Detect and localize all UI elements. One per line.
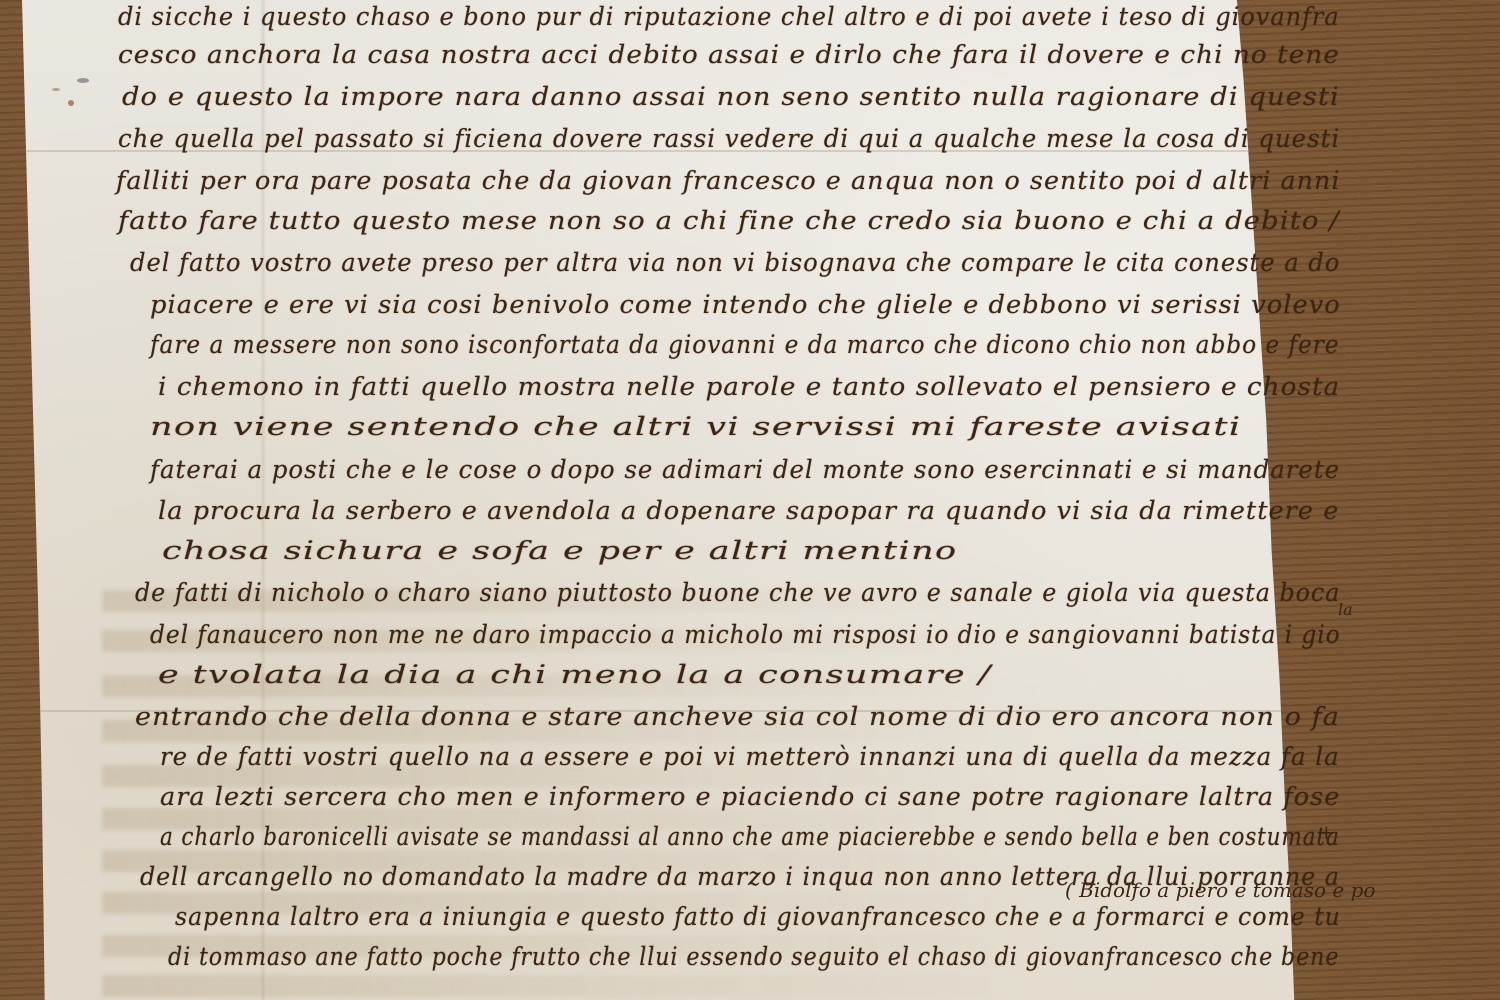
text-line: chosa sichura e sofa e per e altri menti…: [162, 536, 958, 565]
text-line: do e questo la impore nara danno assai n…: [122, 82, 1340, 111]
text-line: sapenna laltro era a iniungia e questo f…: [175, 902, 1341, 931]
paper-tear: [77, 78, 89, 83]
text-line: fatto fare tutto questo mese non so a ch…: [118, 206, 1340, 235]
marginal-superscript: la: [1338, 600, 1353, 619]
text-line: entrando che della donna e stare ancheve…: [135, 702, 1340, 731]
text-line: re de fatti vostri quello na a essere e …: [160, 742, 1340, 771]
text-line: piacere e ere vi sia cosi benivolo come …: [150, 290, 1341, 319]
text-line: del fatto vostro avete preso per altra v…: [130, 248, 1340, 277]
text-line: faterai a posti che e le cose o dopo se …: [150, 455, 1340, 484]
text-line: ara lezti sercera cho men e informero e …: [160, 782, 1340, 811]
text-line: che quella pel passato si ficiena dovere…: [118, 124, 1340, 153]
text-line: a charlo baronicelli avisate se mandassi…: [160, 822, 1340, 851]
ink-bleed: [102, 975, 1002, 997]
ink-stain: [68, 100, 74, 106]
text-line: e tvolata la dia a chi meno la a consuma…: [158, 660, 992, 689]
text-line: la procura la serbero e avendola a dopen…: [158, 496, 1339, 525]
text-line: i chemono in fatti quello mostra nelle p…: [158, 372, 1340, 401]
text-line: del fanaucero non me ne daro impaccio a …: [150, 620, 1341, 649]
marginal-note: ( Bidolfo a piero e tomaso e po: [1065, 878, 1375, 902]
text-line: cesco anchora la casa nostra acci debito…: [118, 40, 1340, 69]
text-line: falliti per ora pare posata che da giova…: [116, 166, 1341, 195]
text-line: de fatti di nicholo o charo siano piutto…: [135, 578, 1340, 607]
text-line: non viene sentendo che altri vi servissi…: [150, 412, 1242, 441]
text-line: di sicche i questo chaso e bono pur di r…: [118, 2, 1340, 31]
ink-stain: [52, 88, 60, 91]
marginal-cross: +: [1318, 820, 1335, 844]
text-line: di tommaso ane fatto poche frutto che ll…: [168, 942, 1339, 971]
text-line: fare a messere non sono isconfortata da …: [150, 330, 1339, 359]
